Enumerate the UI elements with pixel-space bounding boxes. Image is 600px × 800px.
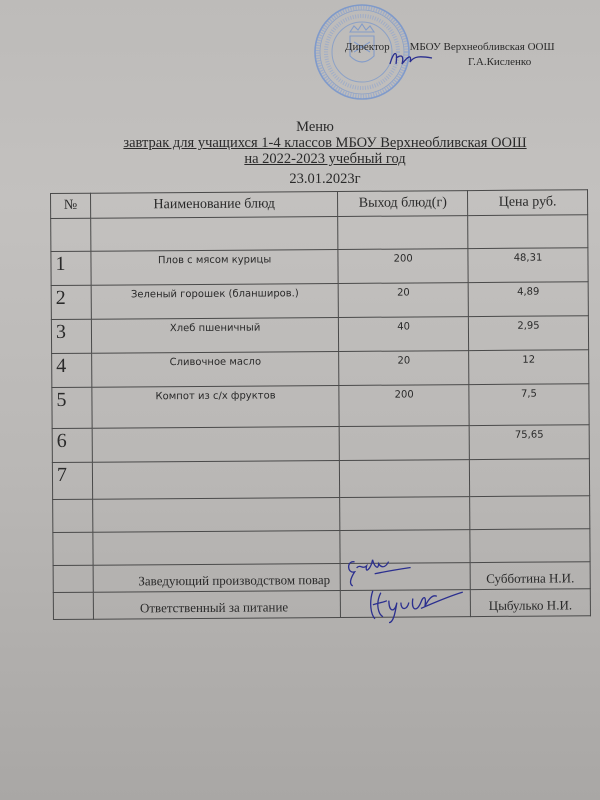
- signature-name: Цыбулько Н.И.: [470, 589, 590, 617]
- column-header-output: Выход блюд(г): [338, 191, 468, 217]
- dish-name: [92, 426, 340, 462]
- dish-price: 48,31: [468, 248, 588, 283]
- table-row: 3 Хлеб пшеничный 40 2,95: [51, 316, 588, 354]
- row-number: 3: [51, 319, 91, 353]
- dish-name: Плов с мясом курицы: [91, 249, 339, 285]
- table-row-blank: [53, 529, 590, 566]
- signature-row: Заведующий производством повар Субботина…: [53, 562, 590, 593]
- signature-row: Ответственный за питание Цыбулько Н.И.: [53, 589, 590, 620]
- column-header-dish: Наименование блюд: [90, 191, 338, 218]
- dish-price: 2,95: [468, 316, 588, 351]
- signature-role: Ответственный за питание: [93, 590, 341, 619]
- dish-name: Компот из с/х фруктов: [92, 385, 340, 428]
- table-row: 4 Сливочное масло 20 12: [52, 350, 589, 388]
- row-number: 4: [52, 353, 92, 387]
- table-header-row: № Наименование блюд Выход блюд(г) Цена р…: [51, 190, 588, 219]
- school-year: на 2022-2023 учебный год: [0, 151, 600, 167]
- table-row-total: 6 75,65: [52, 425, 589, 463]
- menu-table: № Наименование блюд Выход блюд(г) Цена р…: [50, 189, 591, 620]
- handwritten-signature-icon: [365, 584, 465, 625]
- table-row: 7: [52, 459, 589, 500]
- row-number: 2: [51, 285, 91, 319]
- title-block: Меню завтрак для учащихся 1-4 классов МБ…: [0, 119, 600, 187]
- signature-cell: [340, 563, 470, 591]
- dish-price: [469, 459, 589, 497]
- page-subtitle: завтрак для учащихся 1-4 классов МБОУ Ве…: [0, 135, 600, 151]
- table-row-blank: [51, 215, 588, 252]
- dish-output: [340, 460, 470, 498]
- table-row-blank: [53, 496, 590, 533]
- approval-block: Директор МБОУ Верхнеобливская ООШ Г.А.Ки…: [345, 40, 555, 70]
- dish-output: 20: [339, 351, 469, 386]
- signature-cell: [341, 590, 471, 618]
- dish-output: 40: [339, 317, 469, 352]
- dish-price: 4,89: [468, 282, 588, 317]
- approval-position: Директор: [345, 40, 390, 55]
- page-title: Меню: [0, 119, 600, 135]
- row-number: 5: [52, 387, 92, 428]
- column-header-price: Цена руб.: [468, 190, 588, 216]
- signature-name: Субботина Н.И.: [470, 562, 590, 590]
- row-number: 6: [52, 428, 92, 462]
- approval-name: Г.А.Кисленко: [468, 55, 555, 70]
- dish-name: Хлеб пшеничный: [91, 317, 339, 353]
- signature-role: Заведующий производством повар: [93, 563, 341, 592]
- total-price: 75,65: [469, 425, 589, 460]
- dish-output: 200: [339, 385, 469, 427]
- table-row: 2 Зеленый горошек (бланширов.) 20 4,89: [51, 282, 588, 320]
- dish-price: 7,5: [469, 384, 589, 426]
- row-number: 1: [51, 251, 91, 285]
- table-row: 5 Компот из с/х фруктов 200 7,5: [52, 384, 589, 429]
- dish-name: Зеленый горошек (бланширов.): [91, 283, 339, 319]
- row-number: 7: [52, 462, 92, 499]
- dish-name: Сливочное масло: [92, 351, 340, 387]
- column-header-number: №: [51, 193, 91, 218]
- table-row: 1 Плов с мясом курицы 200 48,31: [51, 248, 588, 286]
- dish-output: 200: [338, 249, 468, 284]
- dish-output: 20: [338, 283, 468, 318]
- dish-price: 12: [469, 350, 589, 385]
- dish-name: [92, 460, 340, 499]
- dish-output: [339, 426, 469, 461]
- menu-date: 23.01.2023г: [0, 171, 600, 187]
- approval-organization: МБОУ Верхнеобливская ООШ: [410, 40, 555, 55]
